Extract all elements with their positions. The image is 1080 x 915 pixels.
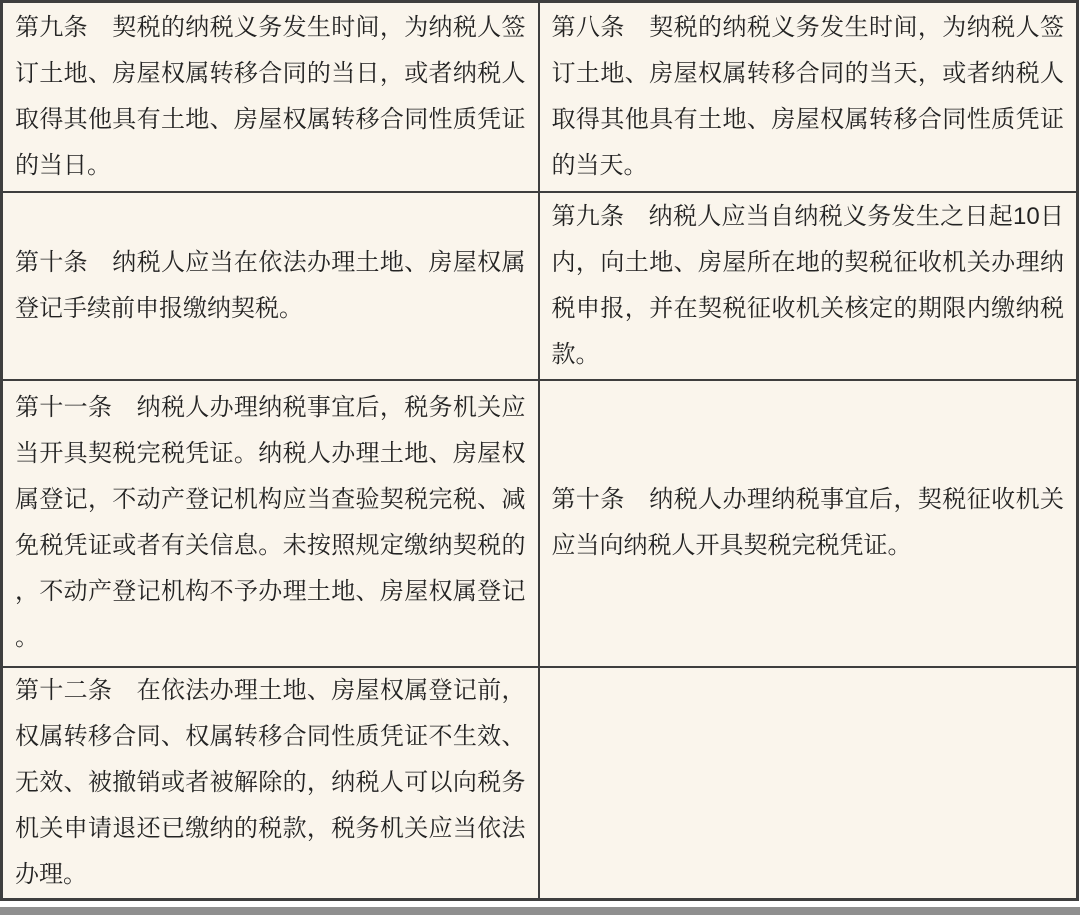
table-cell-right-empty xyxy=(539,667,1078,900)
table-cell-right-article-9: 第九条 纳税人应当自纳税义务发生之日起10日内，向土地、房屋所在地的契税征收机关… xyxy=(539,192,1078,380)
table-row: 第九条 契税的纳税义务发生时间，为纳税人签订土地、房屋权属转移合同的当日，或者纳… xyxy=(2,2,1078,192)
bottom-edge-strip xyxy=(0,907,1080,915)
table-cell-left-article-11: 第十一条 纳税人办理纳税事宜后，税务机关应当开具契税完税凭证。纳税人办理土地、房… xyxy=(2,380,539,667)
table-row: 第十一条 纳税人办理纳税事宜后，税务机关应当开具契税完税凭证。纳税人办理土地、房… xyxy=(2,380,1078,667)
law-comparison-table: 第九条 契税的纳税义务发生时间，为纳税人签订土地、房屋权属转移合同的当日，或者纳… xyxy=(0,0,1079,901)
table-row: 第十二条 在依法办理土地、房屋权属登记前，权属转移合同、权属转移合同性质凭证不生… xyxy=(2,667,1078,900)
table-cell-right-article-8: 第八条 契税的纳税义务发生时间，为纳税人签订土地、房屋权属转移合同的当天，或者纳… xyxy=(539,2,1078,192)
table-cell-left-article-12: 第十二条 在依法办理土地、房屋权属登记前，权属转移合同、权属转移合同性质凭证不生… xyxy=(2,667,539,900)
table-cell-right-article-10: 第十条 纳税人办理纳税事宜后，契税征收机关应当向纳税人开具契税完税凭证。 xyxy=(539,380,1078,667)
table-cell-left-article-9: 第九条 契税的纳税义务发生时间，为纳税人签订土地、房屋权属转移合同的当日，或者纳… xyxy=(2,2,539,192)
table-row: 第十条 纳税人应当在依法办理土地、房屋权属登记手续前申报缴纳契税。 第九条 纳税… xyxy=(2,192,1078,380)
table-cell-left-article-10: 第十条 纳税人应当在依法办理土地、房屋权属登记手续前申报缴纳契税。 xyxy=(2,192,539,380)
